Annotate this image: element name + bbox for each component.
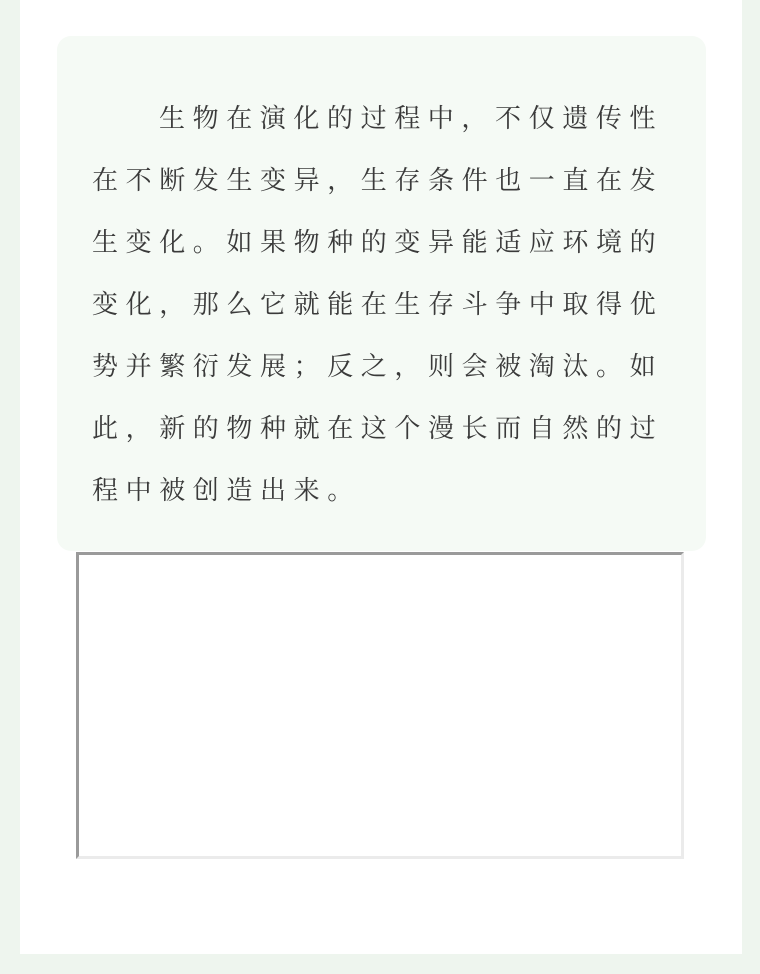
paragraph-text: 生物在演化的过程中，不仅遗传性在不断发生变异，生存条件也一直在发生变化。如果物种… [92,88,682,522]
text-card: 生物在演化的过程中，不仅遗传性在不断发生变异，生存条件也一直在发生变化。如果物种… [57,36,706,551]
embedded-frame [76,552,684,859]
page-panel: 生物在演化的过程中，不仅遗传性在不断发生变异，生存条件也一直在发生变化。如果物种… [20,0,742,954]
